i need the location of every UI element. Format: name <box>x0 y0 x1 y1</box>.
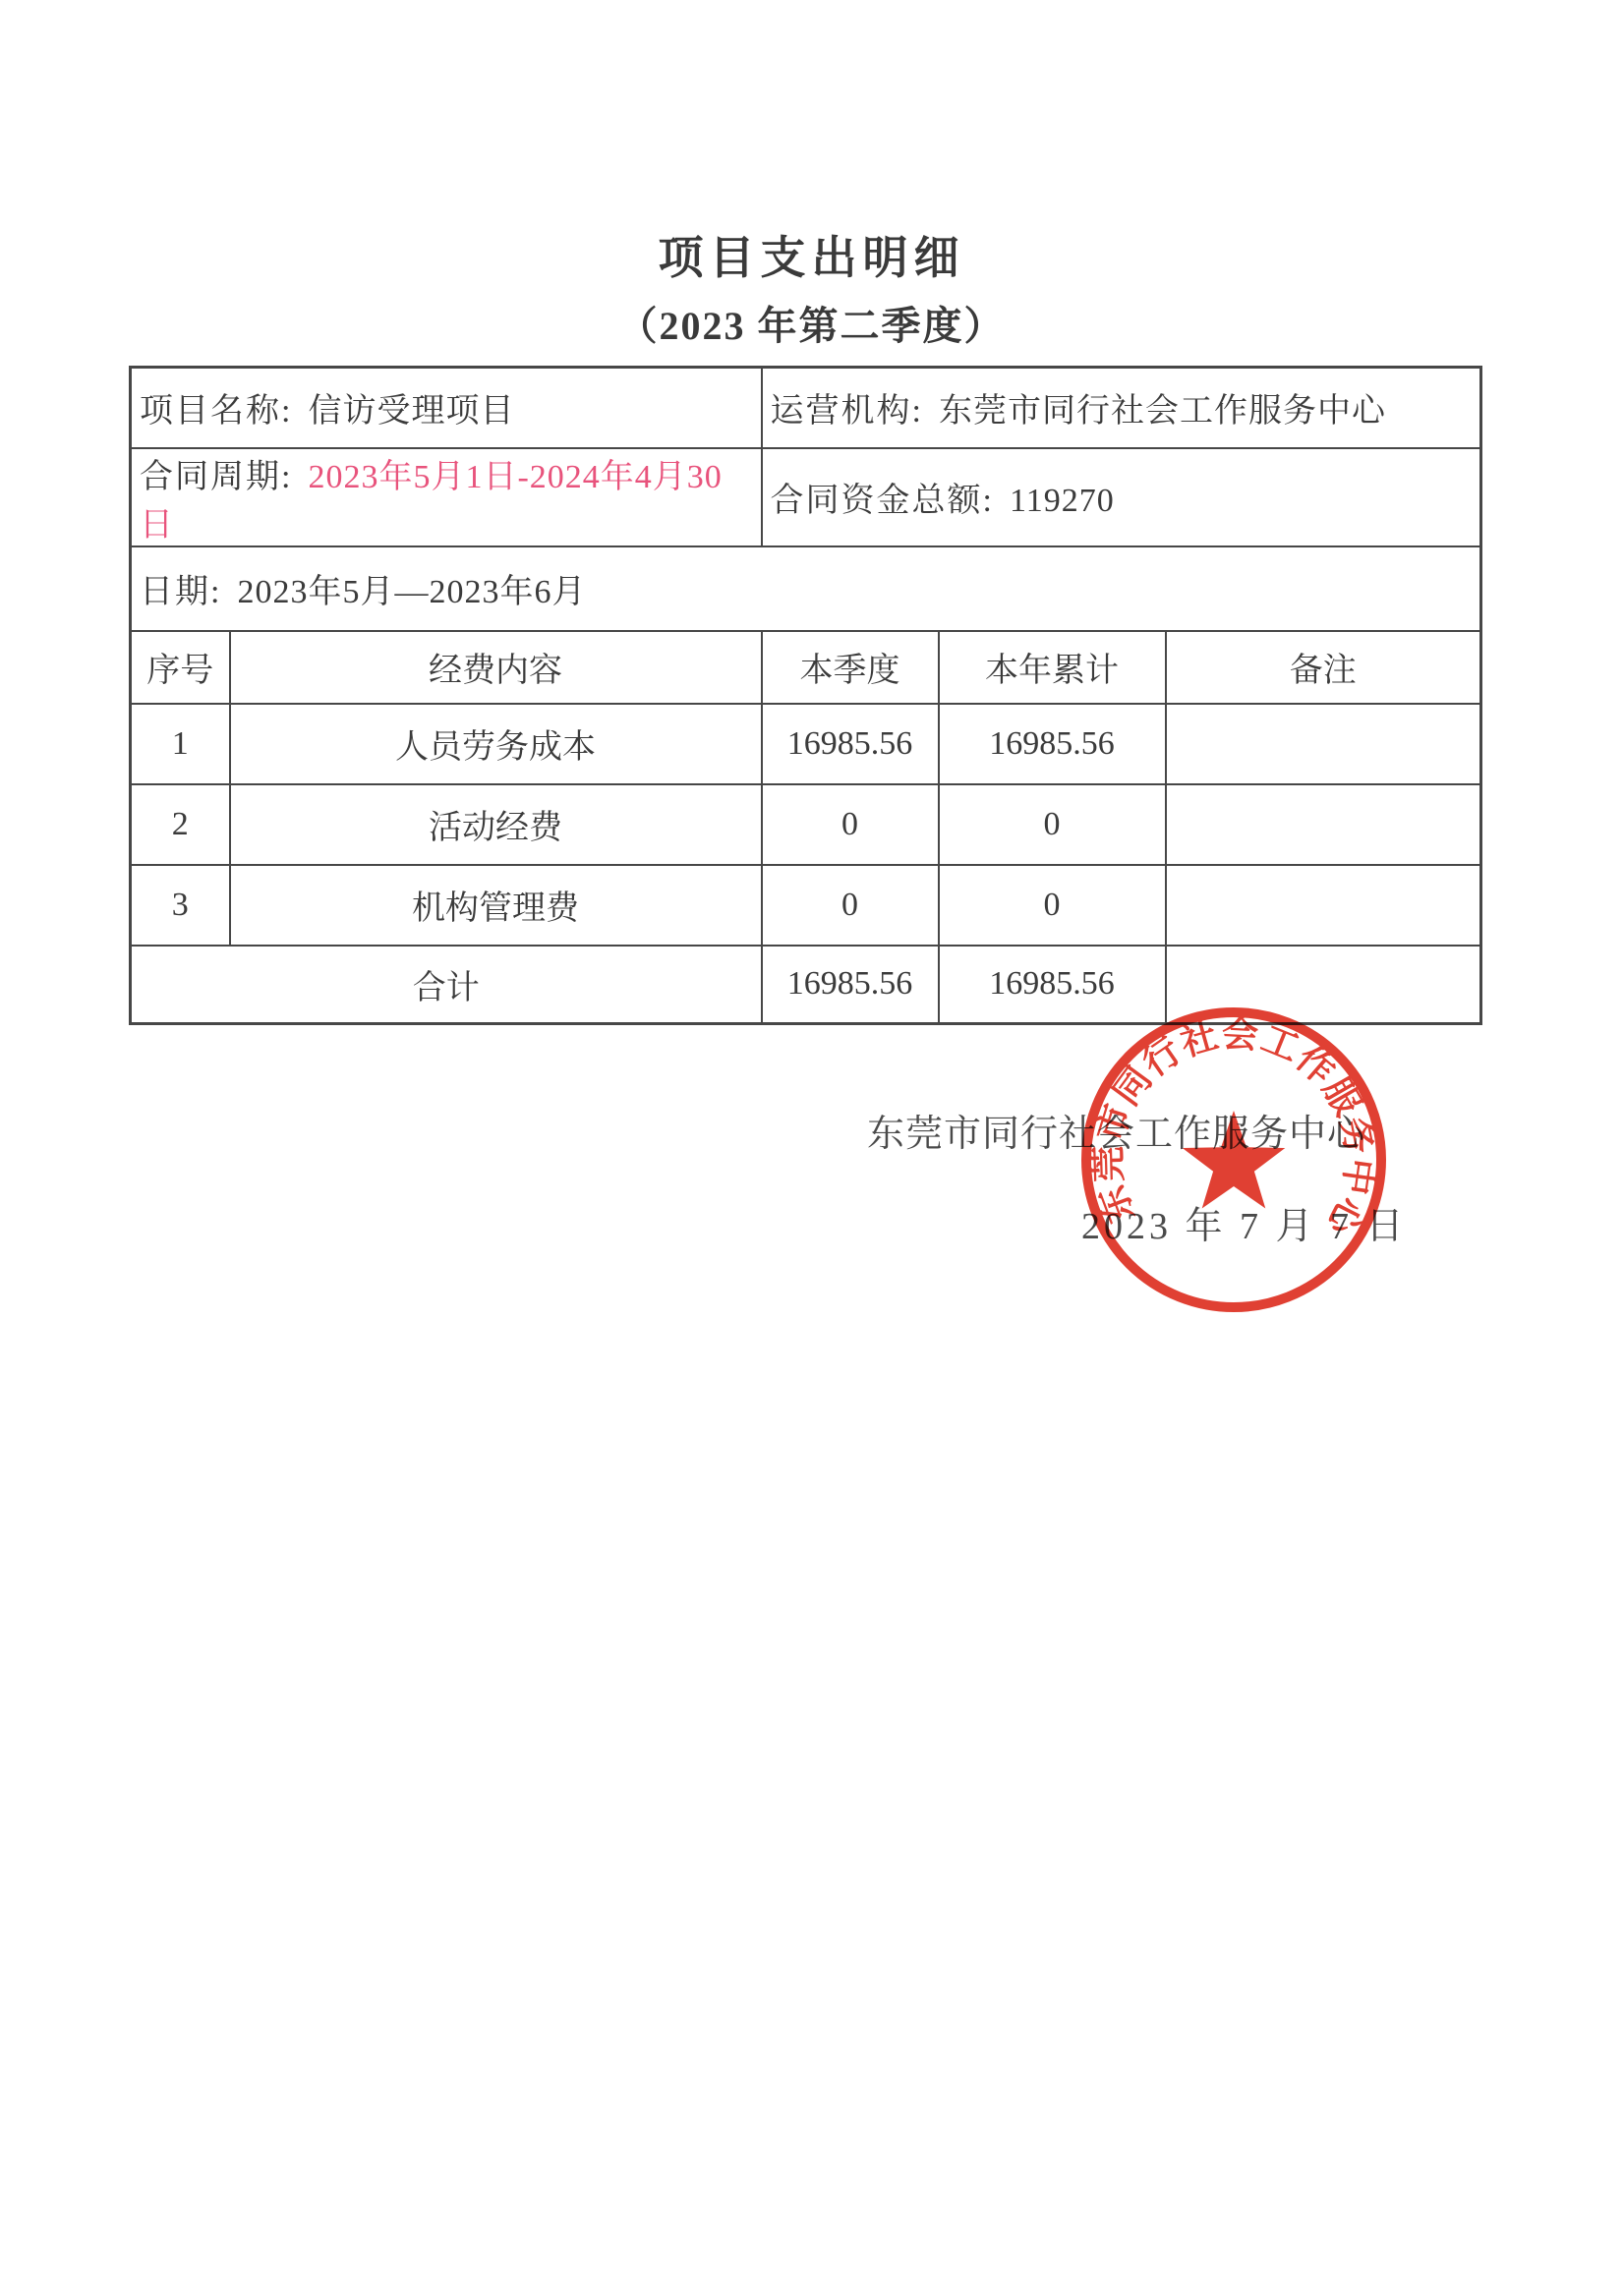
row2-no: 2 <box>131 784 230 865</box>
header-ytd: 本年累计 <box>939 631 1166 704</box>
operator-value: 东莞市同行社会工作服务中心 <box>939 393 1386 430</box>
document-page: 项目支出明细 （2023 年第二季度） 项目名称:信访受理项目 运营机构:东莞市… <box>0 0 1623 2296</box>
contract-amount-label: 合同资金总额: <box>771 483 994 519</box>
header-quarter: 本季度 <box>762 631 939 704</box>
total-quarter: 16985.56 <box>762 946 939 1024</box>
header-item: 经费内容 <box>230 631 762 704</box>
row2-item: 活动经费 <box>230 784 762 865</box>
header-note: 备注 <box>1166 631 1481 704</box>
cell-project-name: 项目名称:信访受理项目 <box>131 368 762 448</box>
row3-no: 3 <box>131 865 230 946</box>
row3-quarter: 0 <box>762 865 939 946</box>
project-name-label: 项目名称: <box>140 393 292 430</box>
row3-item: 机构管理费 <box>230 865 762 946</box>
cell-contract-period: 合同周期:2023年5月1日-2024年4月30日 <box>131 448 762 546</box>
row1-note <box>1166 704 1481 784</box>
row2-quarter: 0 <box>762 784 939 865</box>
row-project-operator: 项目名称:信访受理项目 运营机构:东莞市同行社会工作服务中心 <box>131 368 1481 448</box>
row2-ytd: 0 <box>939 784 1166 865</box>
row3-note <box>1166 865 1481 946</box>
table-row: 3 机构管理费 0 0 <box>131 865 1481 946</box>
page-title: 项目支出明细 <box>0 222 1623 287</box>
date-label: 日期: <box>140 574 221 610</box>
row1-item: 人员劳务成本 <box>230 704 762 784</box>
cell-contract-amount: 合同资金总额:119270 <box>762 448 1481 546</box>
row-date: 日期:2023年5月—2023年6月 <box>131 546 1481 631</box>
date-value: 2023年5月—2023年6月 <box>237 574 586 610</box>
cell-operator: 运营机构:东莞市同行社会工作服务中心 <box>762 368 1481 448</box>
table-row: 2 活动经费 0 0 <box>131 784 1481 865</box>
table-header-row: 序号 经费内容 本季度 本年累计 备注 <box>131 631 1481 704</box>
table-row: 1 人员劳务成本 16985.56 16985.56 <box>131 704 1481 784</box>
cell-date: 日期:2023年5月—2023年6月 <box>131 546 1481 631</box>
row1-ytd: 16985.56 <box>939 704 1166 784</box>
stamp-star-icon <box>1183 1111 1286 1209</box>
row1-quarter: 16985.56 <box>762 704 939 784</box>
total-label: 合计 <box>131 946 762 1024</box>
row3-ytd: 0 <box>939 865 1166 946</box>
project-name-value: 信访受理项目 <box>308 393 514 430</box>
header-no: 序号 <box>131 631 230 704</box>
row1-no: 1 <box>131 704 230 784</box>
contract-period-label: 合同周期: <box>140 459 292 495</box>
operator-label: 运营机构: <box>771 393 923 430</box>
expense-detail-table: 项目名称:信访受理项目 运营机构:东莞市同行社会工作服务中心 合同周期:2023… <box>129 366 1482 1025</box>
page-subtitle: （2023 年第二季度） <box>0 295 1623 351</box>
official-seal-stamp: 东莞市同行社会工作服务中心 <box>1072 998 1396 1322</box>
row2-note <box>1166 784 1481 865</box>
contract-amount-value: 119270 <box>1010 483 1115 519</box>
row-contract: 合同周期:2023年5月1日-2024年4月30日 合同资金总额:119270 <box>131 448 1481 546</box>
